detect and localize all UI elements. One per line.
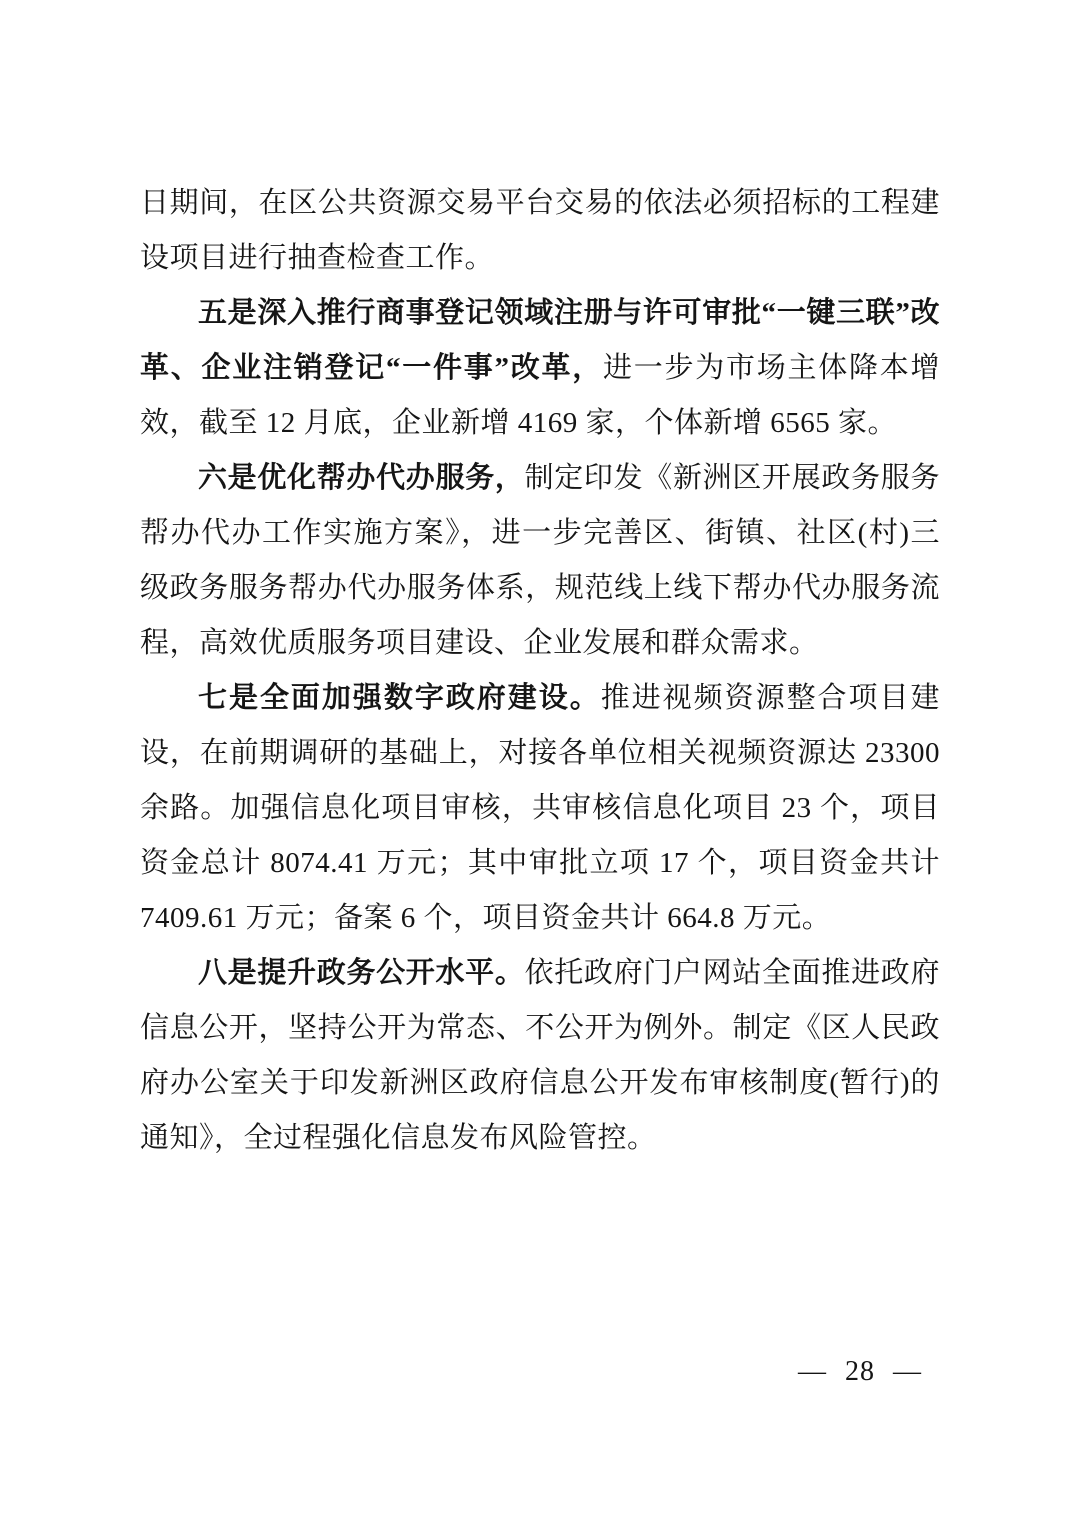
paragraph: 七是全面加强数字政府建设。推进视频资源整合项目建设，在前期调研的基础上，对接各单… bbox=[140, 671, 940, 946]
page-number: — 28 — bbox=[798, 1352, 922, 1392]
document-body: 日期间，在区公共资源交易平台交易的依法必须招标的工程建设项目进行抽查检查工作。 … bbox=[140, 176, 940, 1166]
paragraph: 八是提升政务公开水平。依托政府门户网站全面推进政府信息公开，坚持公开为常态、不公… bbox=[140, 946, 940, 1166]
paragraph-text: 日期间，在区公共资源交易平台交易的依法必须招标的工程建设项目进行抽查检查工作。 bbox=[140, 187, 940, 274]
paragraph: 日期间，在区公共资源交易平台交易的依法必须招标的工程建设项目进行抽查检查工作。 bbox=[140, 176, 940, 286]
paragraph: 六是优化帮办代办服务，制定印发《新洲区开展政务服务帮办代办工作实施方案》，进一步… bbox=[140, 451, 940, 671]
paragraph: 五是深入推行商事登记领域注册与许可审批“一键三联”改革、企业注销登记“一件事”改… bbox=[140, 286, 940, 451]
paragraph-lead: 七是全面加强数字政府建设。 bbox=[198, 682, 601, 714]
paragraph-lead: 六是优化帮办代办服务， bbox=[198, 462, 525, 494]
document-page: 日期间，在区公共资源交易平台交易的依法必须招标的工程建设项目进行抽查检查工作。 … bbox=[0, 0, 1074, 1520]
paragraph-text: 推进视频资源整合项目建设，在前期调研的基础上，对接各单位相关视频资源达 2330… bbox=[140, 682, 940, 934]
paragraph-lead: 八是提升政务公开水平。 bbox=[198, 957, 525, 989]
